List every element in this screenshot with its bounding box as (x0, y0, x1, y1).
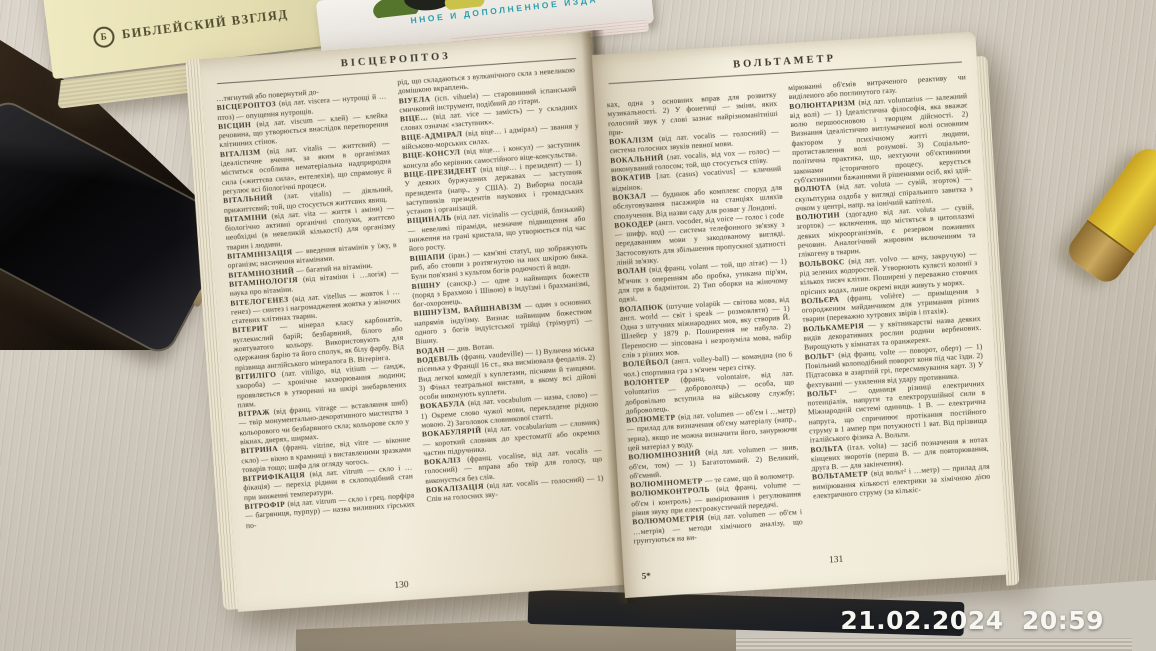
camera-timestamp: 21.02.2024 20:59 (840, 608, 1104, 633)
left-page-column-2: рід, що складаються з вулканічного скла … (397, 65, 610, 584)
signature-mark: 5* (641, 571, 651, 581)
right-page-column-1: ках, одна з основних вправ для розвитку … (607, 90, 806, 577)
dictionary-entry: ВОЛАПЮК(штучне volapük — світова мова, в… (619, 294, 792, 360)
right-page: ВОЛЬТАМЕТР ках, одна з основних вправ дл… (592, 32, 1008, 598)
left-page: ВІСЦЕРОПТОЗ …тягнутий або повернутий до-… (199, 32, 629, 612)
photo-scene: Б БИБЛЕЙСКИЙ ВЗГЛЯД ННОЕ И ДОПОЛНЕННОЕ И… (0, 0, 1156, 651)
dictionary-entry: ВОЛЮНТАРИЗМ(від лат. voluntarius — залеж… (789, 91, 972, 185)
publisher-logo-icon: Б (92, 25, 115, 48)
page-number-left: 130 (394, 580, 409, 590)
left-page-column-1: …тягнутий або повернутий до- ВІСЦЕРОПТОЗ… (216, 82, 421, 597)
right-page-column-2: мірюванні об'ємів витраченого реактиву ч… (788, 72, 994, 550)
open-dictionary-book: ВІСЦЕРОПТОЗ …тягнутий або повернутий до-… (192, 12, 1013, 619)
page-number-right: 131 (829, 555, 844, 565)
